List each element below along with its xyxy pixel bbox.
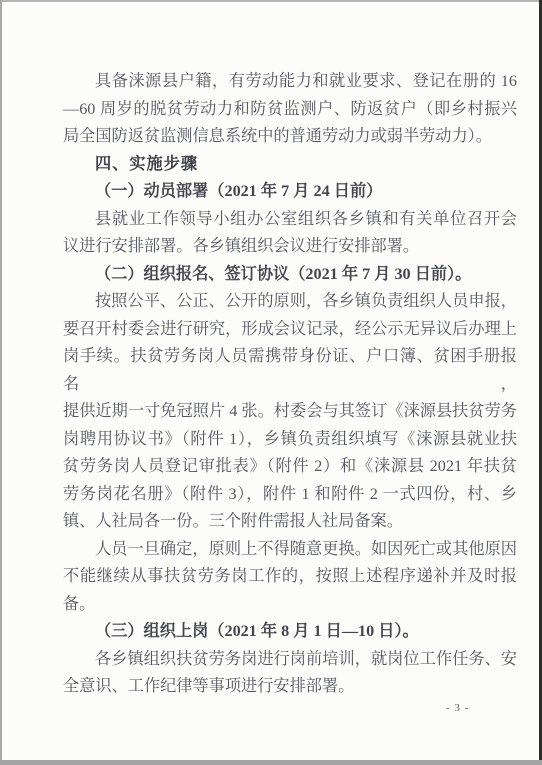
- document-content: 具备涞源县户籍，有劳动能力和就业要求、登记在册的 16—60 周岁的脱贫劳动力和…: [63, 68, 517, 701]
- section-heading: 四、实施步骤: [63, 151, 517, 179]
- page-number: - 3 -: [446, 702, 469, 714]
- text-line: 四、实施步骤: [63, 151, 517, 179]
- paragraph: 按照公平、公正、公开的原则，各乡镇负责组织人员申报，要召开村委会进行研究，形成会…: [63, 288, 517, 536]
- text-line: 县就业工作领导小组办公室组织各乡镇和有关单位召开会: [63, 206, 517, 234]
- text-line: 贫劳务岗人员登记审批表》（附件 2）和《涞源县 2021 年扶贫: [63, 453, 517, 481]
- text-line: 不能继续从事扶贫劳务岗工作的，按照上述程序递补并及时报: [63, 563, 517, 591]
- paragraph: 具备涞源县户籍，有劳动能力和就业要求、登记在册的 16—60 周岁的脱贫劳动力和…: [63, 68, 517, 151]
- text-line: （三）组织上岗（2021 年 8 月 1 日—10 日）。: [63, 618, 517, 646]
- text-line: 议进行安排部署。各乡镇组织会议进行安排部署。: [63, 233, 517, 261]
- text-line: 要召开村委会进行研究，形成会议记录，经公示无异议后办理上: [63, 316, 517, 344]
- text-line: 备。: [63, 591, 517, 619]
- scan-edge-left: [0, 0, 2, 765]
- text-line: 镇、人社局各一份。三个附件需报人社局备案。: [63, 508, 517, 536]
- text-line: 局全国防返贫监测信息系统中的普通劳动力或弱半劳动力）。: [63, 123, 517, 151]
- section-heading: （一）动员部署（2021 年 7 月 24 日前）: [63, 178, 517, 206]
- text-line: 岗手续。扶贫劳务岗人员需携带身份证、户口簿、贫困手册报名，: [63, 343, 517, 398]
- paragraph: 人员一旦确定，原则上不得随意更换。如因死亡或其他原因不能继续从事扶贫劳务岗工作的…: [63, 536, 517, 619]
- text-line: 岗聘用协议书》（附件 1），乡镇负责组织填写《涞源县就业扶: [63, 426, 517, 454]
- text-line: 具备涞源县户籍，有劳动能力和就业要求、登记在册的 16: [63, 68, 517, 96]
- text-line: （一）动员部署（2021 年 7 月 24 日前）: [63, 178, 517, 206]
- text-line: 劳务岗花名册》（附件 3），附件 1 和附件 2 一式四份，村、乡: [63, 481, 517, 509]
- paragraph: 各乡镇组织扶贫劳务岗进行岗前培训，就岗位工作任务、安全意识、工作纪律等事项进行安…: [63, 646, 517, 701]
- text-line: 全意识、工作纪律等事项进行安排部署。: [63, 673, 517, 701]
- text-line: 各乡镇组织扶贫劳务岗进行岗前培训，就岗位工作任务、安: [63, 646, 517, 674]
- text-line: 按照公平、公正、公开的原则，各乡镇负责组织人员申报，: [63, 288, 517, 316]
- section-heading: （三）组织上岗（2021 年 8 月 1 日—10 日）。: [63, 618, 517, 646]
- text-line: —60 周岁的脱贫劳动力和防贫监测户、防返贫户（即乡村振兴: [63, 96, 517, 124]
- text-line: 人员一旦确定，原则上不得随意更换。如因死亡或其他原因: [63, 536, 517, 564]
- section-heading: （二）组织报名、签订协议（2021 年 7 月 30 日前）。: [63, 261, 517, 289]
- scan-edge-top: [0, 0, 542, 2]
- paragraph: 县就业工作领导小组办公室组织各乡镇和有关单位召开会议进行安排部署。各乡镇组织会议…: [63, 206, 517, 261]
- scan-edge-bottom: [0, 760, 542, 765]
- text-line: 提供近期一寸免冠照片 4 张。村委会与其签订《涞源县扶贫劳务: [63, 398, 517, 426]
- text-line: （二）组织报名、签订协议（2021 年 7 月 30 日前）。: [63, 261, 517, 289]
